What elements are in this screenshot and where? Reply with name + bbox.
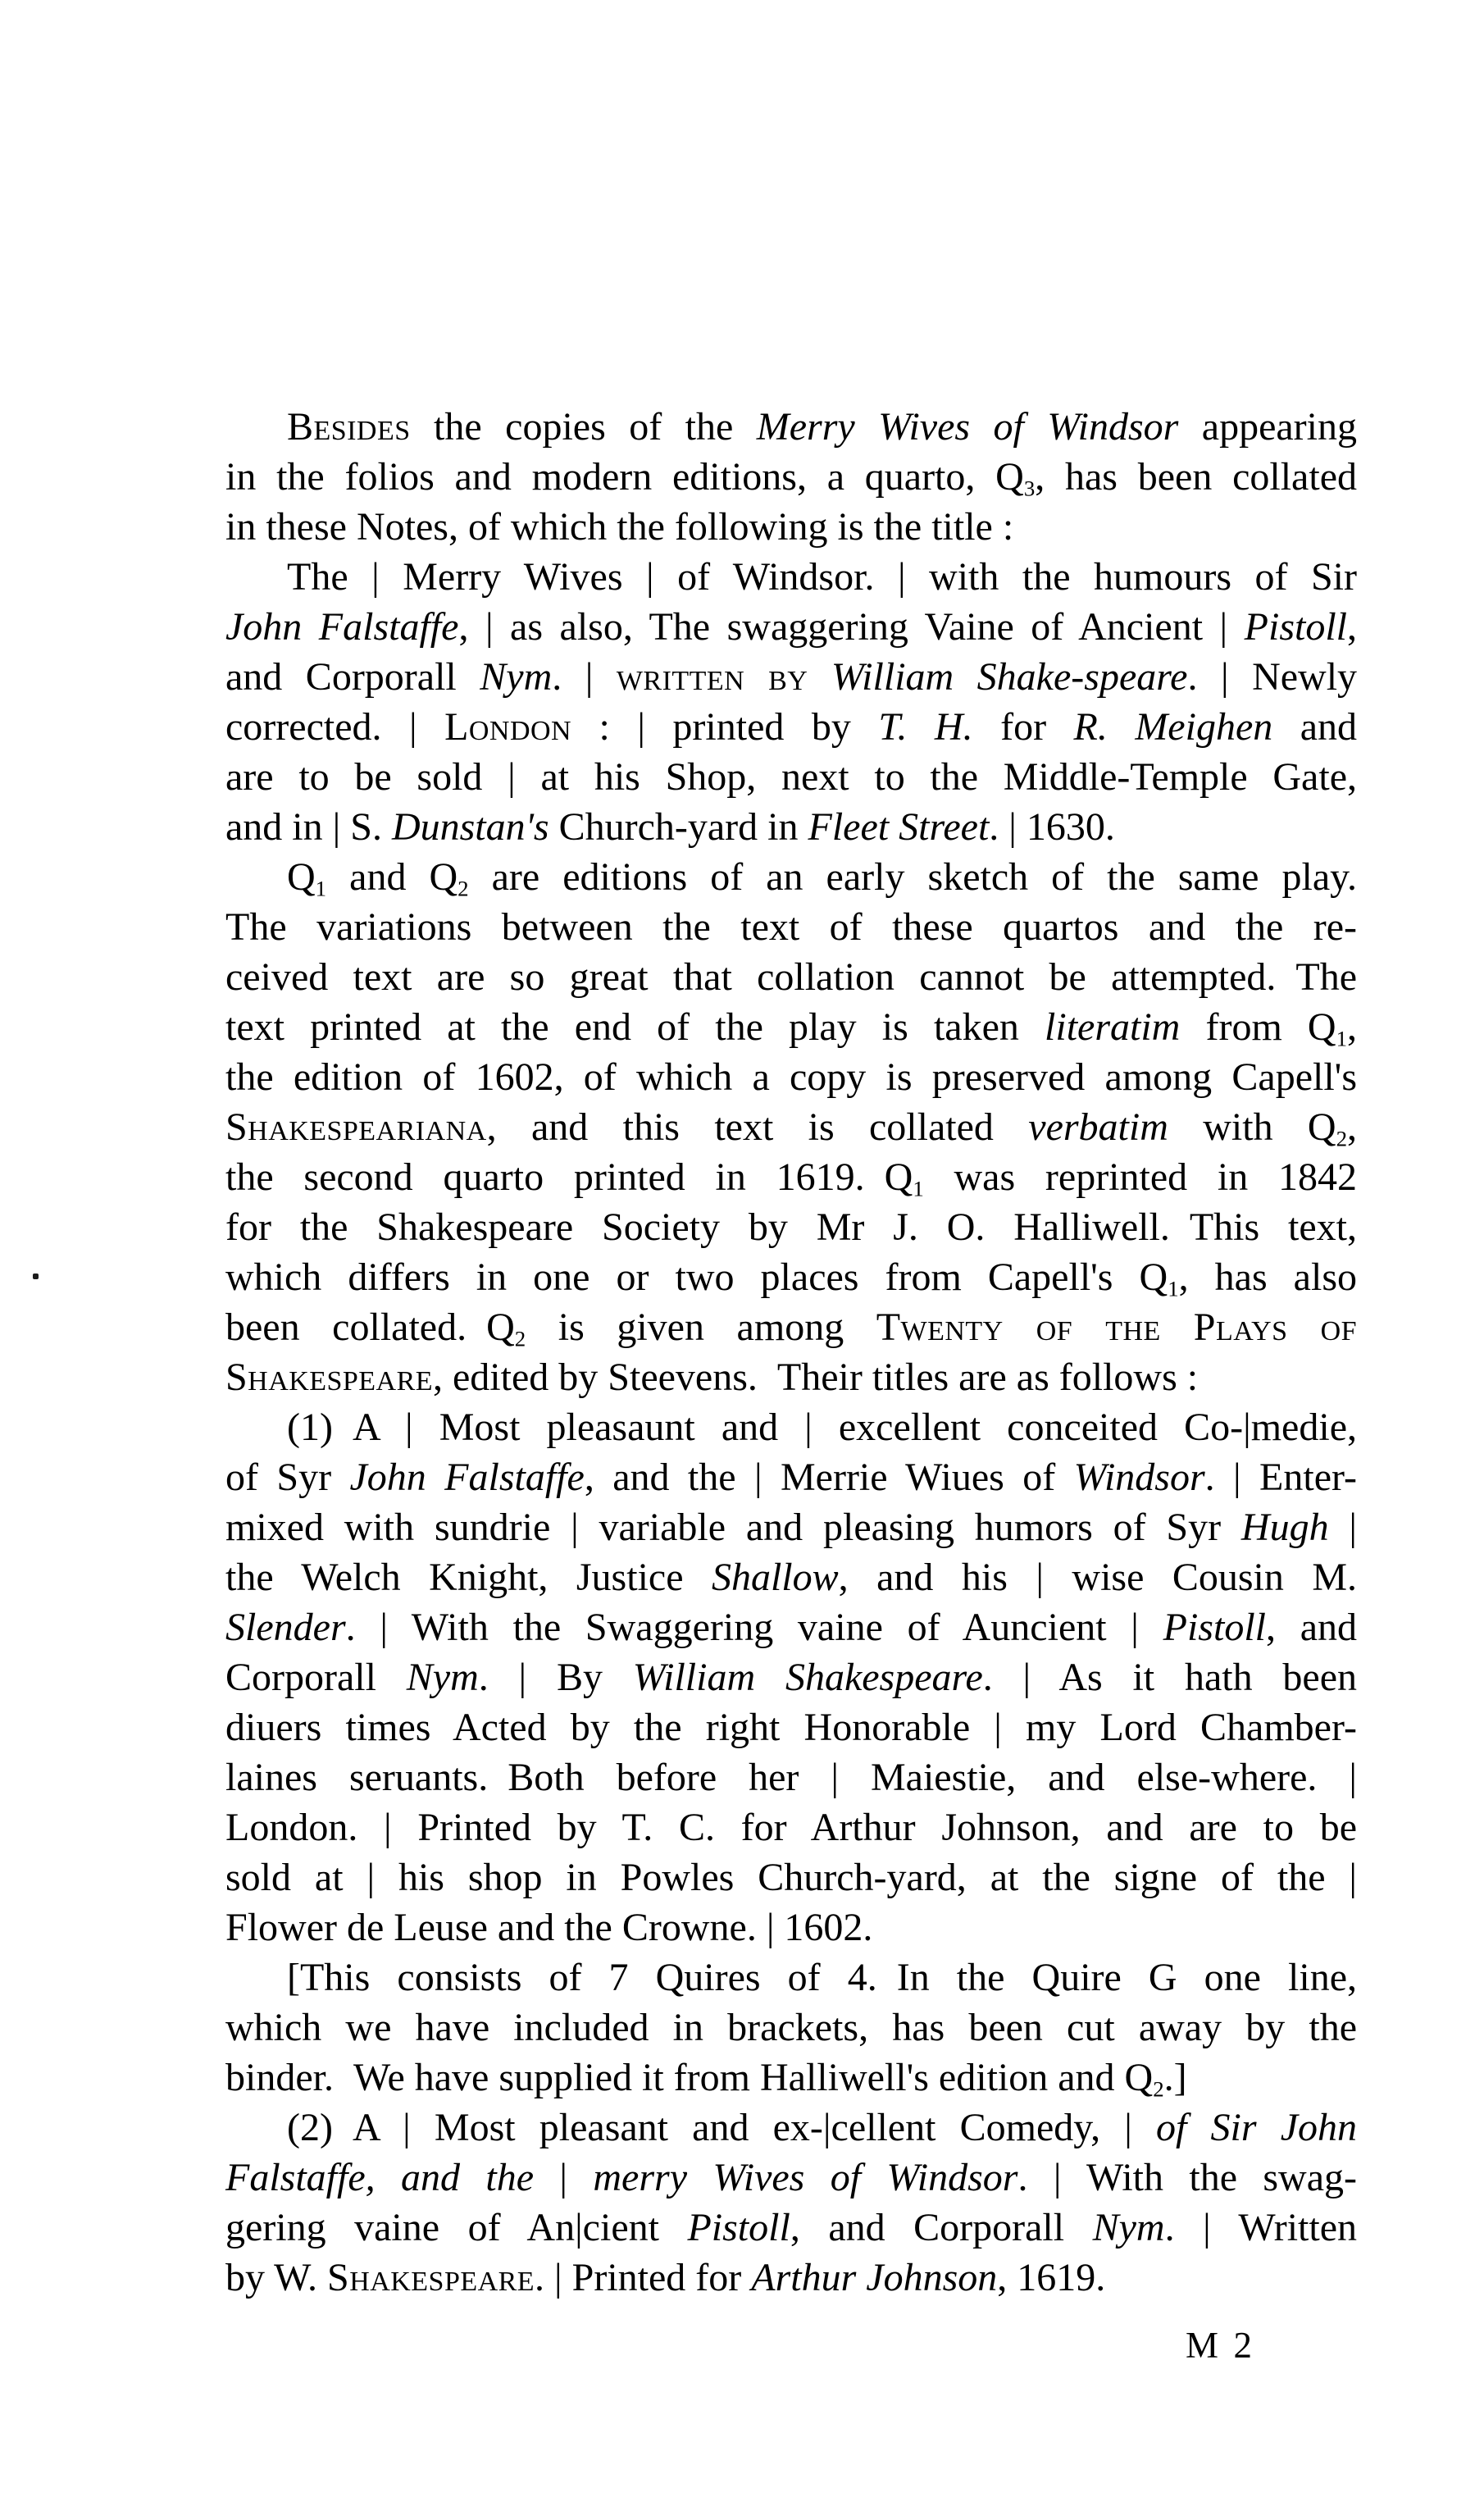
text-line: been collated. Q2 is given among Twenty … <box>225 1302 1357 1352</box>
text-line: Shakespeariana, and this text is collate… <box>225 1102 1357 1152</box>
text-segment: verbatim <box>1028 1105 1168 1149</box>
text-segment: ceived text are so great that collation … <box>225 955 1357 999</box>
text-segment: written by <box>617 655 808 699</box>
text-segment: is given among <box>526 1305 876 1349</box>
text-segment: , and Corporall <box>790 2206 1093 2249</box>
text-segment: which differs in one or two places from … <box>225 1255 1168 1299</box>
text-line: John Falstaffe, | as also, The swaggerin… <box>225 602 1357 652</box>
text-segment: . | 1630. <box>989 805 1115 849</box>
text-segment: , 1619. <box>997 2256 1105 2299</box>
text-segment: . | <box>552 655 617 699</box>
text-segment: . | Enter- <box>1205 1456 1357 1499</box>
text-segment: Twenty of the Plays of <box>876 1305 1357 1349</box>
text-segment: Shakespeare <box>327 2256 535 2299</box>
text-segment: Pistoll <box>1245 605 1347 649</box>
text-segment: was reprinted in 1842 <box>924 1155 1357 1199</box>
quarto-subscript: 2 <box>1336 1127 1347 1151</box>
text-line: are to be sold | at his Shop, next to th… <box>225 752 1357 802</box>
text-segment: Nym <box>480 655 552 699</box>
text-segment: , edited by Steevens. Their titles are a… <box>433 1356 1198 1399</box>
text-segment: The variations between the text of these… <box>225 905 1357 949</box>
text-segment: Besides <box>287 405 411 449</box>
text-segment: appearing <box>1178 405 1357 449</box>
text-segment: Windsor <box>1074 1456 1205 1499</box>
text-segment: [This consists of 7 Quires of 4. In the … <box>287 1956 1357 1999</box>
text-segment: The | Merry Wives | of Windsor. | with t… <box>287 555 1357 599</box>
text-segment: Nym <box>1093 2206 1165 2249</box>
text-segment: , and the | Merrie Wiues of <box>585 1456 1074 1499</box>
text-line: sold at | his shop in Powles Church-yard… <box>225 1852 1357 1902</box>
text-segment: merry Wives of Windsor <box>593 2156 1017 2199</box>
text-line: for the Shakespeare Society by Mr J. O. … <box>225 1202 1357 1252</box>
text-line: (2) A | Most pleasant and ex-|cellent Co… <box>225 2103 1357 2153</box>
margin-speck <box>33 1274 39 1279</box>
text-segment: . | Written <box>1165 2206 1357 2249</box>
text-segment: . | With the swag- <box>1017 2156 1357 2199</box>
text-segment: Pistoll <box>1163 1606 1266 1649</box>
text-segment: William Shakespeare <box>633 1656 983 1699</box>
text-line: Corporall Nym. | By William Shakespeare.… <box>225 1652 1357 1702</box>
text-segment: laines seruants. Both before her | Maies… <box>225 1756 1357 1799</box>
text-line: ceived text are so great that collation … <box>225 952 1357 1002</box>
text-segment: and Q <box>326 855 457 899</box>
text-segment: gering vaine of An|cient <box>225 2206 687 2249</box>
paragraph: [This consists of 7 Quires of 4. In the … <box>225 1952 1357 2103</box>
text-line: Shakespeare, edited by Steevens. Their t… <box>225 1352 1357 1402</box>
text-line: Slender. | With the Swaggering vaine of … <box>225 1602 1357 1652</box>
text-line: binder. We have supplied it from Halliwe… <box>225 2053 1357 2103</box>
text-segment: by W. <box>225 2256 327 2299</box>
text-segment: with Q <box>1168 1105 1336 1149</box>
quarto-subscript: 1 <box>1336 1027 1347 1051</box>
text-segment: . | Printed for <box>535 2256 751 2299</box>
text-line: and in | S. Dunstan's Church-yard in Fle… <box>225 802 1357 852</box>
quarto-subscript: 2 <box>457 877 468 901</box>
text-segment: , <box>1347 1105 1357 1149</box>
text-segment: in these Notes, of which the following i… <box>225 505 1013 549</box>
text-line: by W. Shakespeare. | Printed for Arthur … <box>225 2253 1357 2303</box>
text-line: London. | Printed by T. C. for Arthur Jo… <box>225 1802 1357 1852</box>
text-segment: Falstaffe, and the <box>225 2156 534 2199</box>
quarto-subscript: 2 <box>515 1327 526 1351</box>
text-segment: (1) A | Most pleasaunt and | excellent c… <box>287 1406 1357 1449</box>
text-segment: . | With the Swaggering vaine of Auncien… <box>346 1606 1163 1649</box>
text-segment: Fleet Street <box>808 805 990 849</box>
text-segment: literatim <box>1045 1005 1180 1049</box>
text-line: corrected. | London : | printed by T. H.… <box>225 702 1357 752</box>
text-segment: and Corporall <box>225 655 480 699</box>
text-line: the second quarto printed in 1619. Q1 wa… <box>225 1152 1357 1202</box>
text-segment: Shakespeare <box>225 1356 433 1399</box>
text-line: The | Merry Wives | of Windsor. | with t… <box>225 552 1357 602</box>
text-line: [This consists of 7 Quires of 4. In the … <box>225 1952 1357 2003</box>
text-segment: , has been collated <box>1035 455 1357 499</box>
text-segment: and in | S. <box>225 805 392 849</box>
text-segment: Shallow <box>712 1556 839 1599</box>
text-segment: , and this text is collated <box>487 1105 1029 1149</box>
text-segment: Dunstan's <box>392 805 549 849</box>
text-segment: in the folios and modern editions, a qua… <box>225 455 1024 499</box>
text-segment: John Falstaffe <box>349 1456 584 1499</box>
quarto-subscript: 1 <box>913 1177 923 1201</box>
text-line: in the folios and modern editions, a qua… <box>225 452 1357 502</box>
text-segment: | <box>534 2156 593 2199</box>
text-segment: (2) A | Most pleasant and ex-|cellent Co… <box>287 2106 1156 2149</box>
text-line: Falstaffe, and the | merry Wives of Wind… <box>225 2153 1357 2203</box>
text-segment: which we have included in brackets, has … <box>225 2006 1357 2049</box>
text-line: the edition of 1602, of which a copy is … <box>225 1052 1357 1102</box>
quarto-subscript: 1 <box>316 877 326 901</box>
paragraph: Besides the copies of the Merry Wives of… <box>225 402 1357 552</box>
text-line: which differs in one or two places from … <box>225 1252 1357 1302</box>
book-page: Besides the copies of the Merry Wives of… <box>0 0 1484 2506</box>
text-segment: Flower de Leuse and the Crowne. | 1602. <box>225 1906 872 1949</box>
text-line: text printed at the end of the play is t… <box>225 1002 1357 1052</box>
text-segment: diuers times Acted by the right Honorabl… <box>225 1706 1357 1749</box>
paragraph: The | Merry Wives | of Windsor. | with t… <box>225 552 1357 852</box>
text-segment: John Falstaffe <box>225 605 458 649</box>
paragraph: (2) A | Most pleasant and ex-|cellent Co… <box>225 2103 1357 2303</box>
text-segment: of Syr <box>225 1456 349 1499</box>
text-segment: corrected. | <box>225 705 444 749</box>
text-segment: Pistoll <box>687 2206 790 2249</box>
text-segment: London. | Printed by T. C. for Arthur Jo… <box>225 1806 1357 1849</box>
text-line: Flower de Leuse and the Crowne. | 1602. <box>225 1902 1357 1952</box>
text-segment: Q <box>287 855 316 899</box>
text-segment: . | As it hath been <box>983 1656 1357 1699</box>
text-line: which we have included in brackets, has … <box>225 2003 1357 2053</box>
text-line: The variations between the text of these… <box>225 902 1357 952</box>
text-segment: Merry Wives of Windsor <box>757 405 1179 449</box>
text-segment: , and <box>1266 1606 1357 1649</box>
text-line: (1) A | Most pleasaunt and | excellent c… <box>225 1402 1357 1452</box>
text-line: mixed with sundrie | variable and pleasi… <box>225 1502 1357 1552</box>
text-segment: Hugh <box>1241 1506 1329 1549</box>
text-segment: | <box>1329 1506 1357 1549</box>
text-segment: binder. We have supplied it from Halliwe… <box>225 2056 1153 2099</box>
text-segment: and <box>1272 705 1357 749</box>
text-segment: Nym <box>407 1656 479 1699</box>
text-segment: . | Newly <box>1187 655 1357 699</box>
text-segment: London <box>444 705 571 749</box>
text-line: diuers times Acted by the right Honorabl… <box>225 1702 1357 1752</box>
text-segment: of Sir John <box>1156 2106 1357 2149</box>
text-segment: , | as also, The swaggering Vaine of Anc… <box>458 605 1244 649</box>
text-segment: been collated. Q <box>225 1305 515 1349</box>
text-segment: , <box>1347 1005 1357 1049</box>
text-segment: for the Shakespeare Society by Mr J. O. … <box>225 1205 1357 1249</box>
text-line: of Syr John Falstaffe, and the | Merrie … <box>225 1452 1357 1502</box>
text-segment: Slender <box>225 1606 346 1649</box>
text-line: and Corporall Nym. | written by William … <box>225 652 1357 702</box>
text-segment: , and his | wise Cousin M. <box>839 1556 1357 1599</box>
text-segment: , <box>1347 605 1357 649</box>
text-segment: , has also <box>1179 1255 1357 1299</box>
text-segment: .] <box>1164 2056 1187 2099</box>
quarto-subscript: 2 <box>1153 2077 1163 2102</box>
text-segment: . | By <box>479 1656 633 1699</box>
text-segment: the edition of 1602, of which a copy is … <box>225 1055 1357 1099</box>
text-line: Q1 and Q2 are editions of an early sketc… <box>225 852 1357 902</box>
text-line: laines seruants. Both before her | Maies… <box>225 1752 1357 1802</box>
text-segment: sold at | his shop in Powles Church-yard… <box>225 1856 1357 1899</box>
text-segment <box>808 655 831 699</box>
quarto-subscript: 3 <box>1024 476 1035 501</box>
text-segment: the second quarto printed in 1619. Q <box>225 1155 913 1199</box>
text-segment: Corporall <box>225 1656 407 1699</box>
text-line: Besides the copies of the Merry Wives of… <box>225 402 1357 452</box>
paragraph: (1) A | Most pleasaunt and | excellent c… <box>225 1402 1357 1952</box>
text-segment: : | printed by <box>571 705 878 749</box>
text-segment: the copies of the <box>411 405 757 449</box>
text-segment: text printed at the end of the play is t… <box>225 1005 1045 1049</box>
text-segment: mixed with sundrie | variable and pleasi… <box>225 1506 1241 1549</box>
text-content: Besides the copies of the Merry Wives of… <box>225 402 1357 2303</box>
text-segment: Church-yard in <box>549 805 808 849</box>
text-line: the Welch Knight, Justice Shallow, and h… <box>225 1552 1357 1602</box>
text-segment: Shakespeariana <box>225 1105 487 1149</box>
signature-mark: M 2 <box>1186 2327 1255 2364</box>
text-segment: T. H. <box>878 705 972 749</box>
text-segment: Arthur Johnson <box>751 2256 997 2299</box>
paragraph: Q1 and Q2 are editions of an early sketc… <box>225 852 1357 1402</box>
text-segment: from Q <box>1180 1005 1336 1049</box>
text-segment: are editions of an early sketch of the s… <box>469 855 1357 899</box>
text-segment: R. Meighen <box>1074 705 1273 749</box>
text-line: in these Notes, of which the following i… <box>225 502 1357 552</box>
text-segment: are to be sold | at his Shop, next to th… <box>225 755 1357 799</box>
text-segment: for <box>973 705 1074 749</box>
quarto-subscript: 1 <box>1168 1277 1178 1301</box>
text-segment: the Welch Knight, Justice <box>225 1556 712 1599</box>
text-line: gering vaine of An|cient Pistoll, and Co… <box>225 2203 1357 2253</box>
text-segment: William Shake-speare <box>831 655 1188 699</box>
